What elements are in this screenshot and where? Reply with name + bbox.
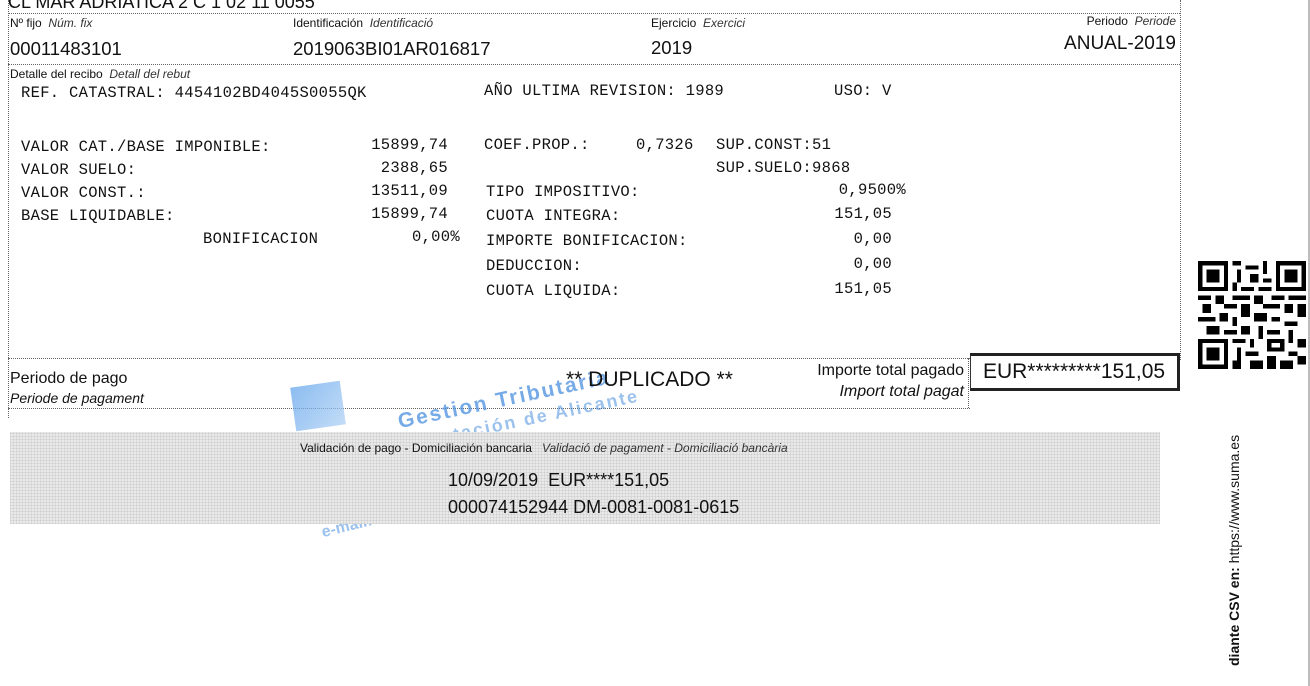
uso: USO: V <box>834 82 892 100</box>
property-address: CL MAR ADRIATICA 2 C 1 02 11 0055 <box>8 0 315 13</box>
importe-total-label-alt: Import total pagat <box>839 383 964 401</box>
periodo-pago-label-alt: Periode de pagament <box>10 390 144 406</box>
sup-const: SUP.CONST:51 <box>716 136 831 154</box>
ano-ultima-revision: AÑO ULTIMA REVISION: 1989 <box>484 82 724 100</box>
row-label: CUOTA INTEGRA: <box>486 207 620 225</box>
row-label: VALOR CONST.: <box>21 184 146 202</box>
divider <box>8 0 9 418</box>
row-value: 2388,65 <box>340 159 448 177</box>
ejercicio-label: Ejercicio Exercici <box>651 16 745 30</box>
qr-code-icon <box>1198 261 1306 369</box>
row-value: 15899,74 <box>340 205 448 223</box>
identificacion-label: Identificación Identificació <box>293 16 433 30</box>
importe-total-value: EUR*********151,05 <box>970 353 1180 391</box>
importe-total-label: Importe total pagado <box>817 362 964 380</box>
row-label: IMPORTE BONIFICACION: <box>486 232 688 250</box>
bonificacion-value: 0,00% <box>360 228 460 246</box>
row-value: 151,05 <box>780 205 892 223</box>
divider <box>8 64 1180 65</box>
validacion-line2: 000074152944 DM-0081-0081-0615 <box>448 497 739 518</box>
detalle-label: Detalle del recibo Detall del rebut <box>10 67 190 81</box>
ref-catastral: REF. CATASTRAL: 4454102BD4045S0055QK <box>21 84 367 102</box>
divider <box>968 358 969 408</box>
csv-verification-text: diante CSV en: https://www.suma.es <box>1226 435 1242 666</box>
periodo-value: ANUAL-2019 <box>1064 33 1176 55</box>
row-value: 15899,74 <box>340 136 448 154</box>
num-fijo-label: Nº fijo Núm. fix <box>10 16 92 30</box>
coef-prop-label: COEF.PROP.: <box>484 136 590 154</box>
row-label: VALOR CAT./BASE IMPONIBLE: <box>21 138 271 156</box>
validacion-label: Validación de pago - Domiciliación banca… <box>300 441 788 455</box>
num-fijo-value: 00011483101 <box>10 38 122 60</box>
row-value: 151,05 <box>780 280 892 298</box>
bonificacion-label: BONIFICACION <box>203 230 318 248</box>
row-label: BASE LIQUIDABLE: <box>21 207 175 225</box>
stamp-logo <box>290 381 346 432</box>
row-value: 0,00 <box>780 255 892 273</box>
periodo-label: Periodo Periode <box>1087 14 1176 28</box>
row-value: 0,00 <box>780 230 892 248</box>
duplicado-label: ** DUPLICADO ** <box>566 368 733 392</box>
ejercicio-value: 2019 <box>651 37 692 59</box>
coef-prop-value: 0,7326 <box>636 136 694 154</box>
row-label: CUOTA LIQUIDA: <box>486 282 620 300</box>
row-value: 13511,09 <box>340 182 448 200</box>
row-label: TIPO IMPOSITIVO: <box>486 183 640 201</box>
identificacion-value: 2019063BI01AR016817 <box>293 38 491 60</box>
validacion-line1: 10/09/2019 EUR****151,05 <box>448 470 669 491</box>
divider <box>1180 0 1181 360</box>
periodo-pago-label: Periodo de pago <box>10 370 127 388</box>
row-label: VALOR SUELO: <box>21 161 136 179</box>
divider <box>8 13 1180 14</box>
row-label: DEDUCCION: <box>486 257 582 275</box>
sup-suelo: SUP.SUELO:9868 <box>716 159 850 177</box>
row-value: 0,9500% <box>780 181 906 199</box>
